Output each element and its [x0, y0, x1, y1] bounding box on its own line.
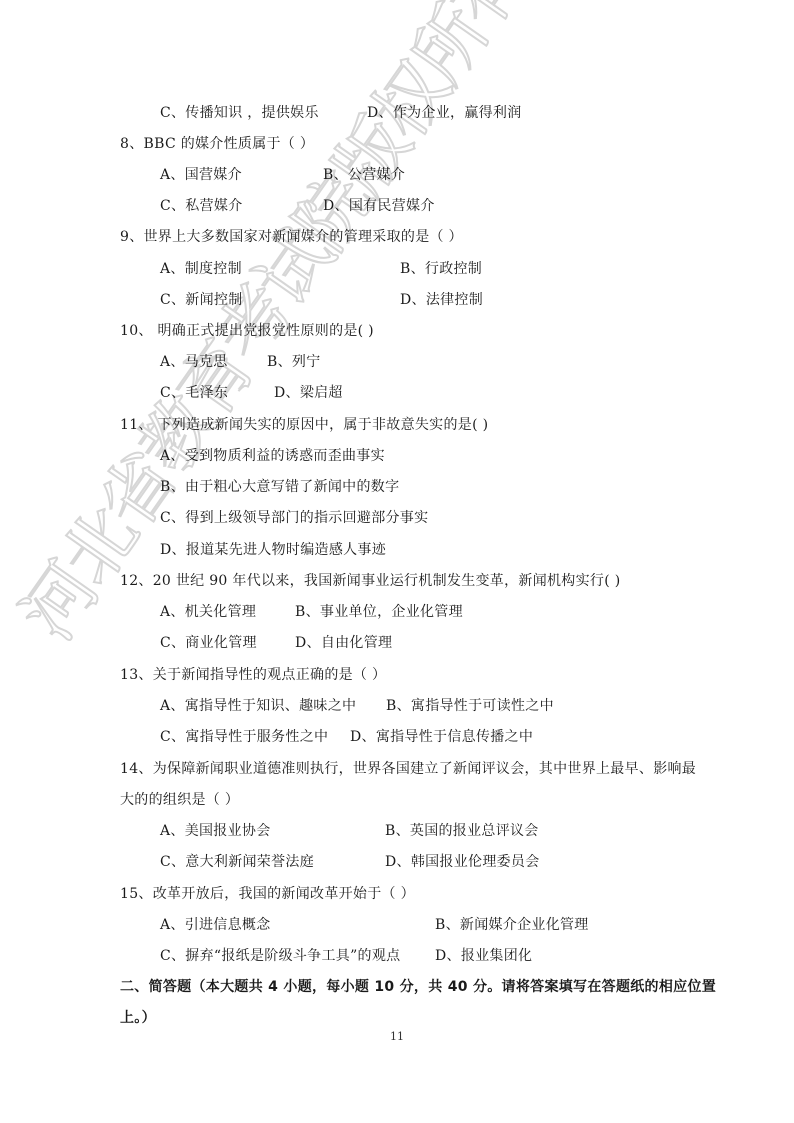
- question-13-option-d: D、寓指导性于信息传播之中: [350, 728, 533, 746]
- question-14-option-b: B、英国的报业总评议会: [385, 822, 539, 840]
- question-8-stem: 8、BBC 的媒介性质属于（ ）: [120, 135, 314, 153]
- question-8-option-d: D、国有民营媒介: [323, 197, 435, 215]
- question-11-option-c: C、得到上级领导部门的指示回避部分事实: [160, 509, 428, 527]
- question-15-option-d: D、报业集团化: [435, 947, 532, 965]
- question-8-option-b: B、公营媒介: [323, 166, 405, 184]
- question-14-option-c: C、意大利新闻荣誉法庭: [160, 853, 314, 871]
- question-11-option-b: B、由于粗心大意写错了新闻中的数字: [160, 478, 399, 496]
- question-9-option-c: C、新闻控制: [160, 291, 243, 309]
- question-15-stem: 15、改革开放后，我国的新闻改革开始于（ ）: [120, 885, 415, 903]
- question-9-option-a: A、制度控制: [160, 260, 242, 278]
- question-14-stem-line2: 大的的组织是（ ）: [120, 791, 239, 809]
- question-12-stem: 12、20 世纪 90 年代以来，我国新闻事业运行机制发生变革，新闻机构实行( …: [120, 572, 620, 590]
- question-15-option-c: C、摒弃“报纸是阶级斗争工具”的观点: [160, 947, 400, 965]
- question-14-option-a: A、美国报业协会: [160, 822, 271, 840]
- question-8-option-c: C、私营媒介: [160, 197, 243, 215]
- question-10-option-b: B、列宁: [267, 353, 321, 371]
- page-number: 11: [390, 1030, 404, 1043]
- question-15-option-a: A、引进信息概念: [160, 916, 271, 934]
- question-13-option-a: A、寓指导性于知识、趣味之中: [160, 697, 356, 715]
- question-12-option-b: B、事业单位，企业化管理: [295, 603, 463, 621]
- question-15-option-b: B、新闻媒介企业化管理: [435, 916, 589, 934]
- question-10-stem: 10、 明确正式提出党报党性原则的是( ): [120, 322, 374, 340]
- question-12-option-c: C、商业化管理: [160, 634, 257, 652]
- q7-option-d: D、作为企业，赢得利润: [367, 104, 522, 122]
- question-10-option-d: D、梁启超: [274, 384, 343, 402]
- question-9-stem: 9、世界上大多数国家对新闻媒介的管理采取的是（ ）: [120, 228, 463, 246]
- section-two-heading-line1: 二、简答题（本大题共 4 小题，每小题 10 分，共 40 分。请将答案填写在答…: [120, 978, 716, 996]
- exam-page: 河北省教育考试院版权所有 C、传播知识 ，提供娱乐 D、作为企业，赢得利润 8、…: [0, 0, 794, 1123]
- question-12-option-a: A、机关化管理: [160, 603, 256, 621]
- question-8-option-a: A、国营媒介: [160, 166, 242, 184]
- question-10-option-a: A、马克思: [160, 353, 228, 371]
- section-two-heading-line2: 上。）: [120, 1009, 156, 1027]
- q7-option-c: C、传播知识 ，提供娱乐: [160, 104, 319, 122]
- question-12-option-d: D、自由化管理: [295, 634, 392, 652]
- question-10-option-c: C、毛泽东: [160, 384, 228, 402]
- question-11-option-d: D、报道某先进人物时编造感人事迹: [160, 541, 386, 559]
- question-14-option-d: D、韩国报业伦理委员会: [385, 853, 540, 871]
- question-13-option-b: B、寓指导性于可读性之中: [386, 697, 554, 715]
- question-13-option-c: C、寓指导性于服务性之中: [160, 728, 328, 746]
- question-9-option-d: D、法律控制: [400, 291, 483, 309]
- question-9-option-b: B、行政控制: [400, 260, 482, 278]
- question-11-stem: 11、 下列造成新闻失实的原因中，属于非故意失实的是( ): [120, 416, 488, 434]
- question-13-stem: 13、关于新闻指导性的观点正确的是（ ）: [120, 666, 386, 684]
- question-14-stem-line1: 14、为保障新闻职业道德准则执行，世界各国建立了新闻评议会，其中世界上最早、影响…: [120, 760, 696, 778]
- question-11-option-a: A、受到物质利益的诱惑而歪曲事实: [160, 447, 385, 465]
